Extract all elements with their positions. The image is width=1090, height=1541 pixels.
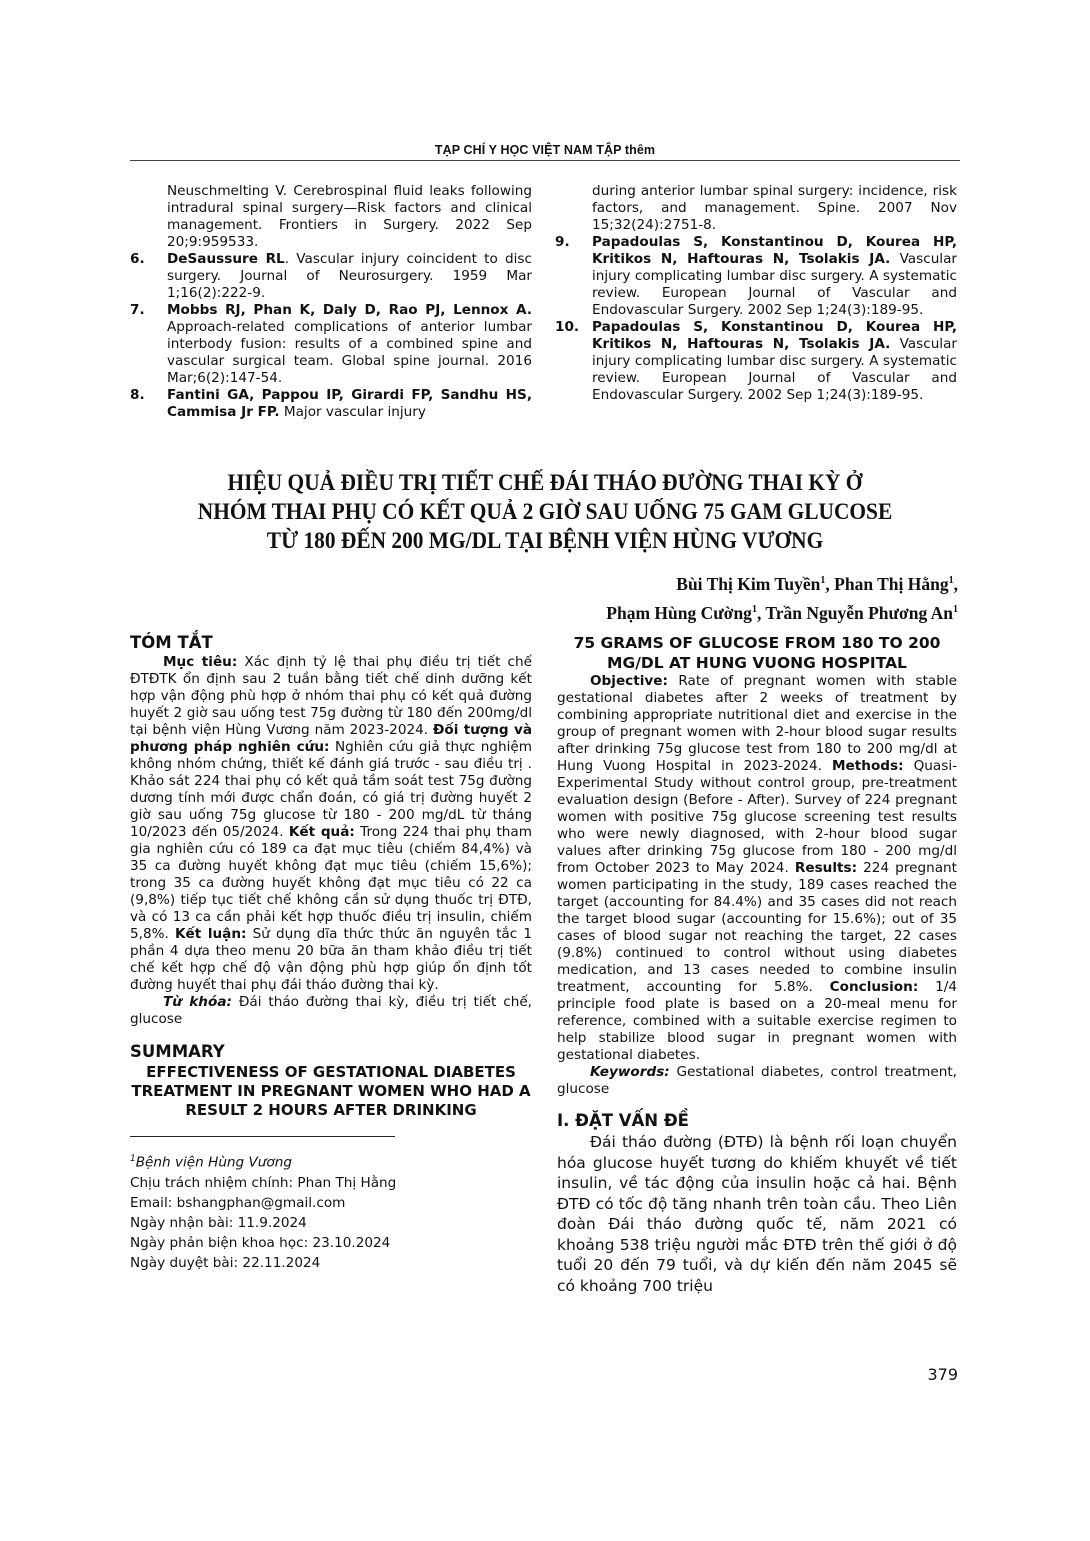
corresponding-author: Chịu trách nhiệm chính: Phan Thị Hằng — [130, 1173, 532, 1193]
reference-text: Approach-related complications of anteri… — [167, 319, 532, 386]
reference-authors: Mobbs RJ, Phan K, Daly D, Rao PJ, Lennox… — [167, 302, 532, 318]
footnote-divider — [130, 1136, 395, 1137]
reference-item: 10. Papadoulas S, Konstantinou D, Kourea… — [555, 319, 957, 404]
reference-item: during anterior lumbar spinal surgery: i… — [555, 183, 957, 234]
english-title-part2: 75 GRAMS OF GLUCOSE FROM 180 TO 200 MG/D… — [557, 633, 957, 673]
header-divider — [130, 160, 960, 161]
reference-item: 7. Mobbs RJ, Phan K, Daly D, Rao PJ, Len… — [130, 302, 532, 387]
english-title-part1: EFFECTIVENESS OF GESTATIONAL DIABETES TR… — [130, 1063, 532, 1120]
reference-number: 8. — [130, 387, 145, 404]
reference-number: 7. — [130, 302, 145, 319]
right-body-column: 75 GRAMS OF GLUCOSE FROM 180 TO 200 MG/D… — [557, 632, 957, 1296]
author-name: Bùi Thị Kim Tuyền — [676, 574, 820, 594]
affiliation: Bệnh viện Hùng Vương — [136, 1155, 292, 1171]
abstract-en-paragraph: Objective: Rate of pregnant women with s… — [557, 673, 957, 1064]
page-number: 379 — [927, 1365, 958, 1384]
reference-text: Neuschmelting V. Cerebrospinal fluid lea… — [167, 183, 532, 250]
reference-authors: DeSaussure RL — [167, 251, 285, 267]
reference-item: 8. Fantini GA, Pappou IP, Girardi FP, Sa… — [130, 387, 532, 421]
reference-item: 6. DeSaussure RL. Vascular injury coinci… — [130, 251, 532, 302]
author-name: Phan Thị Hằng — [834, 574, 948, 594]
references-right-column: during anterior lumbar spinal surgery: i… — [555, 183, 957, 404]
received-date: Ngày nhận bài: 11.9.2024 — [130, 1213, 532, 1233]
title-line: NHÓM THAI PHỤ CÓ KẾT QUẢ 2 GIỜ SAU UỐNG … — [168, 497, 921, 526]
author-name: Trần Nguyễn Phương An — [765, 603, 953, 623]
summary-heading: SUMMARY — [130, 1041, 532, 1062]
footnote: 1Bệnh viện Hùng Vương Chịu trách nhiệm c… — [130, 1149, 532, 1273]
references-left-column: Neuschmelting V. Cerebrospinal fluid lea… — [130, 183, 532, 421]
reference-item: 9. Papadoulas S, Konstantinou D, Kourea … — [555, 234, 957, 319]
email: Email: bshangphan@gmail.com — [130, 1193, 532, 1213]
reference-number: 10. — [555, 319, 579, 336]
author-list: Bùi Thị Kim Tuyền1, Phan Thị Hằng1, Phạm… — [358, 568, 958, 626]
reference-text: Major vascular injury — [280, 404, 426, 420]
title-line: HIỆU QUẢ ĐIỀU TRỊ TIẾT CHẾ ĐÁI THÁO ĐƯỜN… — [168, 468, 921, 497]
abstract-heading: TÓM TẮT — [130, 632, 532, 653]
review-date: Ngày phản biện khoa học: 23.10.2024 — [130, 1233, 532, 1253]
left-body-column: TÓM TẮT Mục tiêu: Xác định tỷ lệ thai ph… — [130, 632, 532, 1273]
title-line: TỪ 180 ĐẾN 200 MG/DL TẠI BỆNH VIỆN HÙNG … — [168, 526, 921, 555]
introduction-paragraph: Đái tháo đường (ĐTĐ) là bệnh rối loạn ch… — [557, 1132, 957, 1296]
reference-text: during anterior lumbar spinal surgery: i… — [592, 183, 957, 233]
abstract-vi-paragraph: Mục tiêu: Xác định tỷ lệ thai phụ điều t… — [130, 654, 532, 994]
accepted-date: Ngày duyệt bài: 22.11.2024 — [130, 1253, 532, 1273]
reference-number: 9. — [555, 234, 570, 251]
keywords-vi: Từ khóa: Đái tháo đường thai kỳ, điều tr… — [130, 994, 532, 1028]
journal-header: TẠP CHÍ Y HỌC VIỆT NAM TẬP thêm — [130, 143, 960, 157]
article-title: HIỆU QUẢ ĐIỀU TRỊ TIẾT CHẾ ĐÁI THÁO ĐƯỜN… — [168, 468, 921, 555]
keywords-en: Keywords: Gestational diabetes, control … — [557, 1064, 957, 1098]
reference-item: Neuschmelting V. Cerebrospinal fluid lea… — [130, 183, 532, 251]
introduction-heading: I. ĐẶT VẤN ĐỀ — [557, 1110, 957, 1131]
reference-number: 6. — [130, 251, 145, 268]
author-name: Phạm Hùng Cường — [606, 603, 752, 623]
